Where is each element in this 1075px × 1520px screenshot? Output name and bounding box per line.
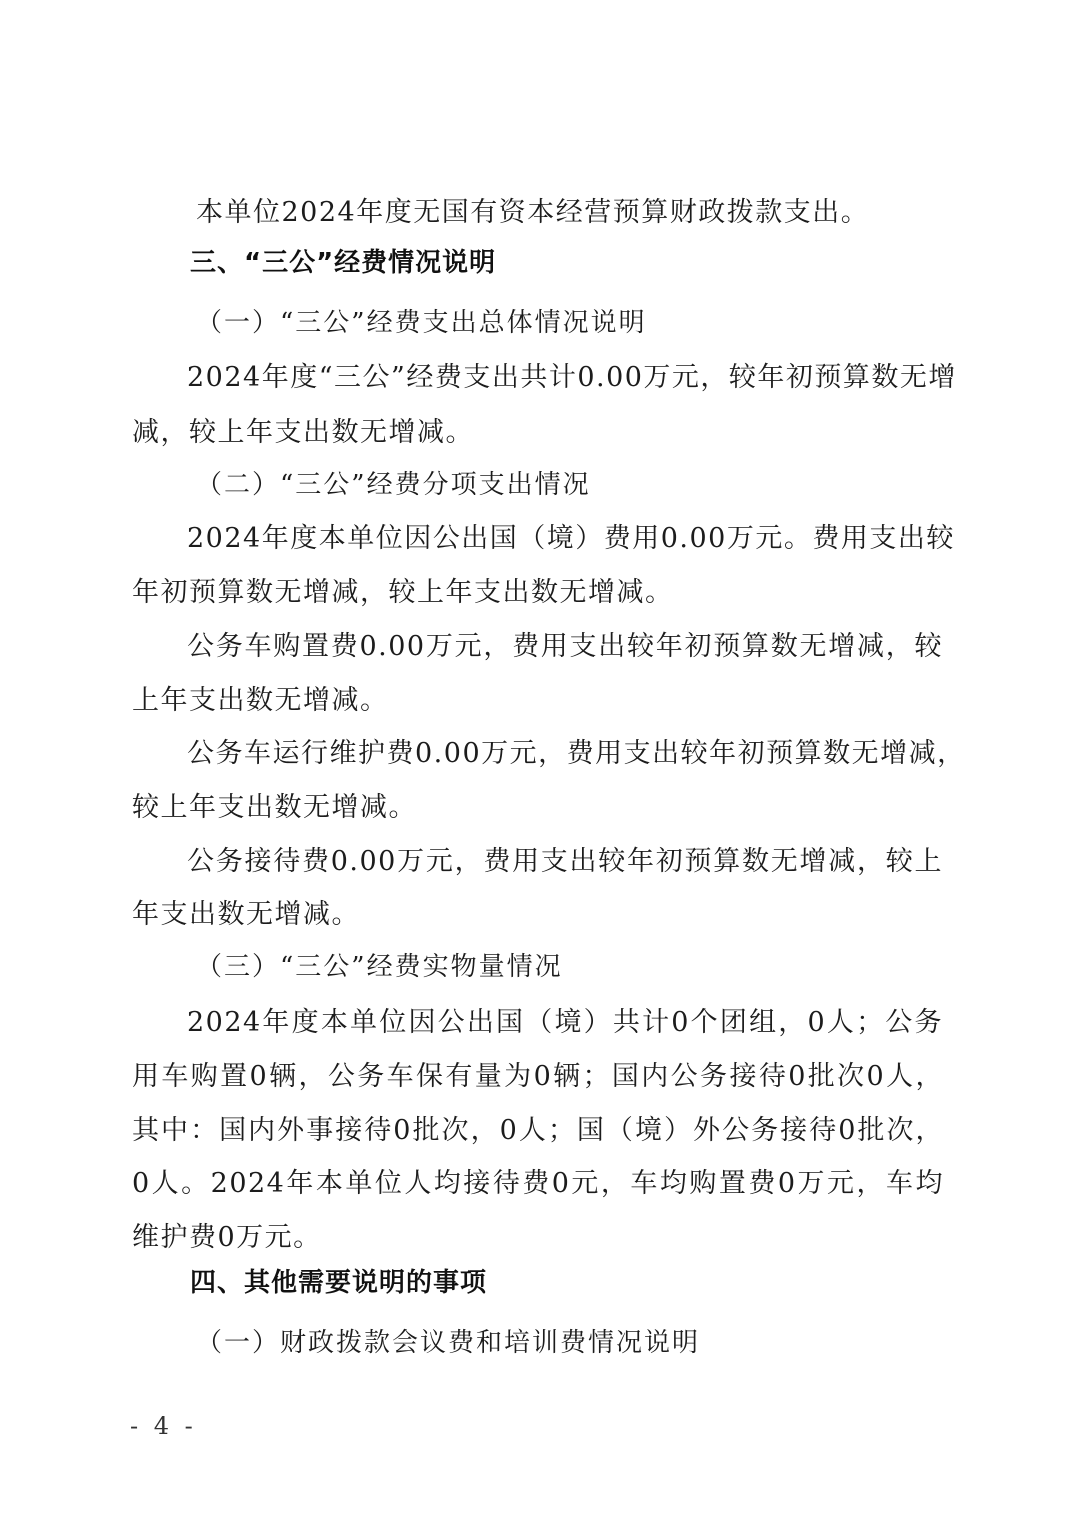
section-heading-three-public: 三、“三公”经费情况说明 <box>190 246 496 280</box>
paragraph-vehicle-maintenance-line-1: 公务车运行维护费0.00万元，费用支出较年初预算数无增减， <box>187 737 943 771</box>
section-heading-other-matters: 四、其他需要说明的事项 <box>190 1266 487 1300</box>
paragraph-overall-line-1: 2024年度“三公”经费支出共计0.00万元，较年初预算数无增 <box>187 361 943 395</box>
paragraph-quantity-line-1: 2024年度本单位因公出国（境）共计0个团组，0人；公务 <box>187 1006 943 1040</box>
document-page: 本单位2024年度无国有资本经营预算财政拨款支出。 三、“三公”经费情况说明 （… <box>0 0 1075 1520</box>
paragraph-overall-line-2: 减，较上年支出数无增减。 <box>132 416 474 450</box>
paragraph-abroad-line-1: 2024年度本单位因公出国（境）费用0.00万元。费用支出较 <box>187 522 943 556</box>
subheading-meeting-training: （一）财政拨款会议费和培训费情况说明 <box>196 1326 700 1360</box>
page-number: - 4 - <box>130 1412 197 1440</box>
paragraph-vehicle-purchase-line-2: 上年支出数无增减。 <box>132 684 389 718</box>
paragraph-quantity-line-3: 其中：国内外事接待0批次，0人；国（境）外公务接待0批次， <box>132 1114 944 1148</box>
subheading-physical-quantity: （三）“三公”经费实物量情况 <box>196 950 563 984</box>
subheading-overall: （一）“三公”经费支出总体情况说明 <box>196 306 647 340</box>
paragraph-vehicle-maintenance-line-2: 较上年支出数无增减。 <box>132 791 417 825</box>
paragraph-abroad-line-2: 年初预算数无增减，较上年支出数无增减。 <box>132 576 674 610</box>
paragraph-capital-budget: 本单位2024年度无国有资本经营预算财政拨款支出。 <box>196 196 869 230</box>
paragraph-reception-line-1: 公务接待费0.00万元，费用支出较年初预算数无增减，较上 <box>187 845 943 879</box>
paragraph-reception-line-2: 年支出数无增减。 <box>132 898 360 932</box>
paragraph-quantity-line-2: 用车购置0辆，公务车保有量为0辆；国内公务接待0批次0人， <box>132 1060 944 1094</box>
subheading-itemized: （二）“三公”经费分项支出情况 <box>196 468 591 502</box>
paragraph-quantity-line-5: 维护费0万元。 <box>132 1221 322 1255</box>
paragraph-quantity-line-4: 0人。2024年本单位人均接待费0元，车均购置费0万元，车均 <box>132 1167 944 1201</box>
paragraph-vehicle-purchase-line-1: 公务车购置费0.00万元，费用支出较年初预算数无增减，较 <box>187 630 943 664</box>
